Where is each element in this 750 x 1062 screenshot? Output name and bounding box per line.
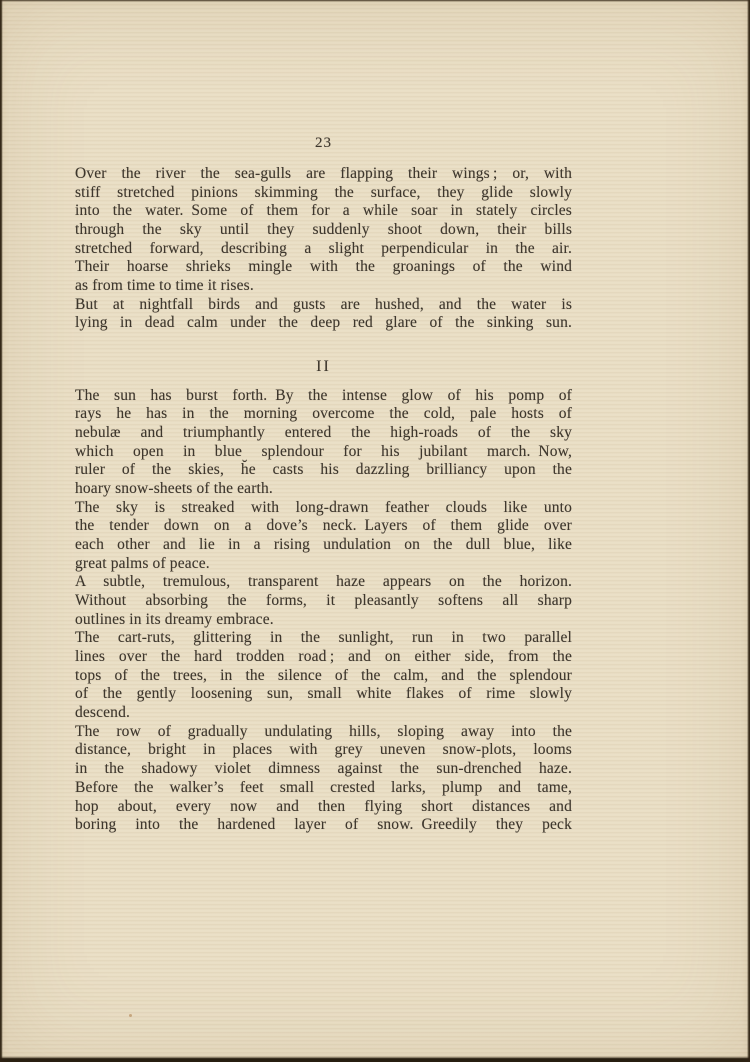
text-line: lines over the hard trodden road ; and o… xyxy=(75,648,572,667)
text-line: the tender down on a dove’s neck. Layers… xyxy=(75,517,572,536)
book-page-scan: 23 Over the river the sea-gulls are flap… xyxy=(0,0,750,1062)
text-line: stiff stretched pinions skimming the sur… xyxy=(75,184,572,203)
text-line: nebulæ and triumphantly entered the high… xyxy=(75,424,572,443)
text-line: which open in blue splendour for his jub… xyxy=(75,443,572,462)
text-line: A subtle, tremulous, transparent haze ap… xyxy=(75,573,572,592)
text-line: Before the walker’s feet small crested l… xyxy=(75,779,572,798)
text-line: Without absorbing the forms, it pleasant… xyxy=(75,592,572,611)
scan-edge-left xyxy=(0,0,3,1062)
text-line: lying in dead calm under the deep red gl… xyxy=(75,314,572,333)
text-line: each other and lie in a rising undulatio… xyxy=(75,536,572,555)
text-block: Over the river the sea-gulls are flappin… xyxy=(75,165,572,835)
text-line: The sun has burst forth. By the intense … xyxy=(75,387,572,406)
scan-edge-bottom xyxy=(0,1056,750,1062)
paper-speck xyxy=(129,1014,132,1017)
text-line: ruler of the skies, h̆e casts his dazzli… xyxy=(75,461,572,480)
section-heading: II xyxy=(75,358,572,377)
text-line: of the gently loosening sun, small white… xyxy=(75,685,572,704)
text-line: The row of gradually undulating hills, s… xyxy=(75,723,572,742)
page-number: 23 xyxy=(75,135,572,152)
text-line: into the water. Some of them for a while… xyxy=(75,202,572,221)
text-line: hoary snow-sheets of the earth. xyxy=(75,480,572,499)
text-line: descend. xyxy=(75,704,572,723)
text-line: outlines in its dreamy embrace. xyxy=(75,611,572,630)
text-line: rays he has in the morning overcome the … xyxy=(75,405,572,424)
text-line: The sky is streaked with long-drawn feat… xyxy=(75,499,572,518)
text-line: as from time to time it rises. xyxy=(75,277,572,296)
text-line: But at nightfall birds and gusts are hus… xyxy=(75,296,572,315)
text-line: Over the river the sea-gulls are flappin… xyxy=(75,165,572,184)
text-line: tops of the trees, in the silence of the… xyxy=(75,667,572,686)
text-line: boring into the hardened layer of snow. … xyxy=(75,816,572,835)
text-line: distance, bright in places with grey une… xyxy=(75,741,572,760)
scan-edge-top xyxy=(0,0,750,2)
text-line: in the shadowy violet dimness against th… xyxy=(75,760,572,779)
text-line: through the sky until they suddenly shoo… xyxy=(75,221,572,240)
text-line: Their hoarse shrieks mingle with the gro… xyxy=(75,258,572,277)
text-line: The cart-ruts, glittering in the sunligh… xyxy=(75,629,572,648)
text-line: great palms of peace. xyxy=(75,555,572,574)
text-line: stretched forward, describing a slight p… xyxy=(75,240,572,259)
text-line: hop about, every now and then flying sho… xyxy=(75,798,572,817)
